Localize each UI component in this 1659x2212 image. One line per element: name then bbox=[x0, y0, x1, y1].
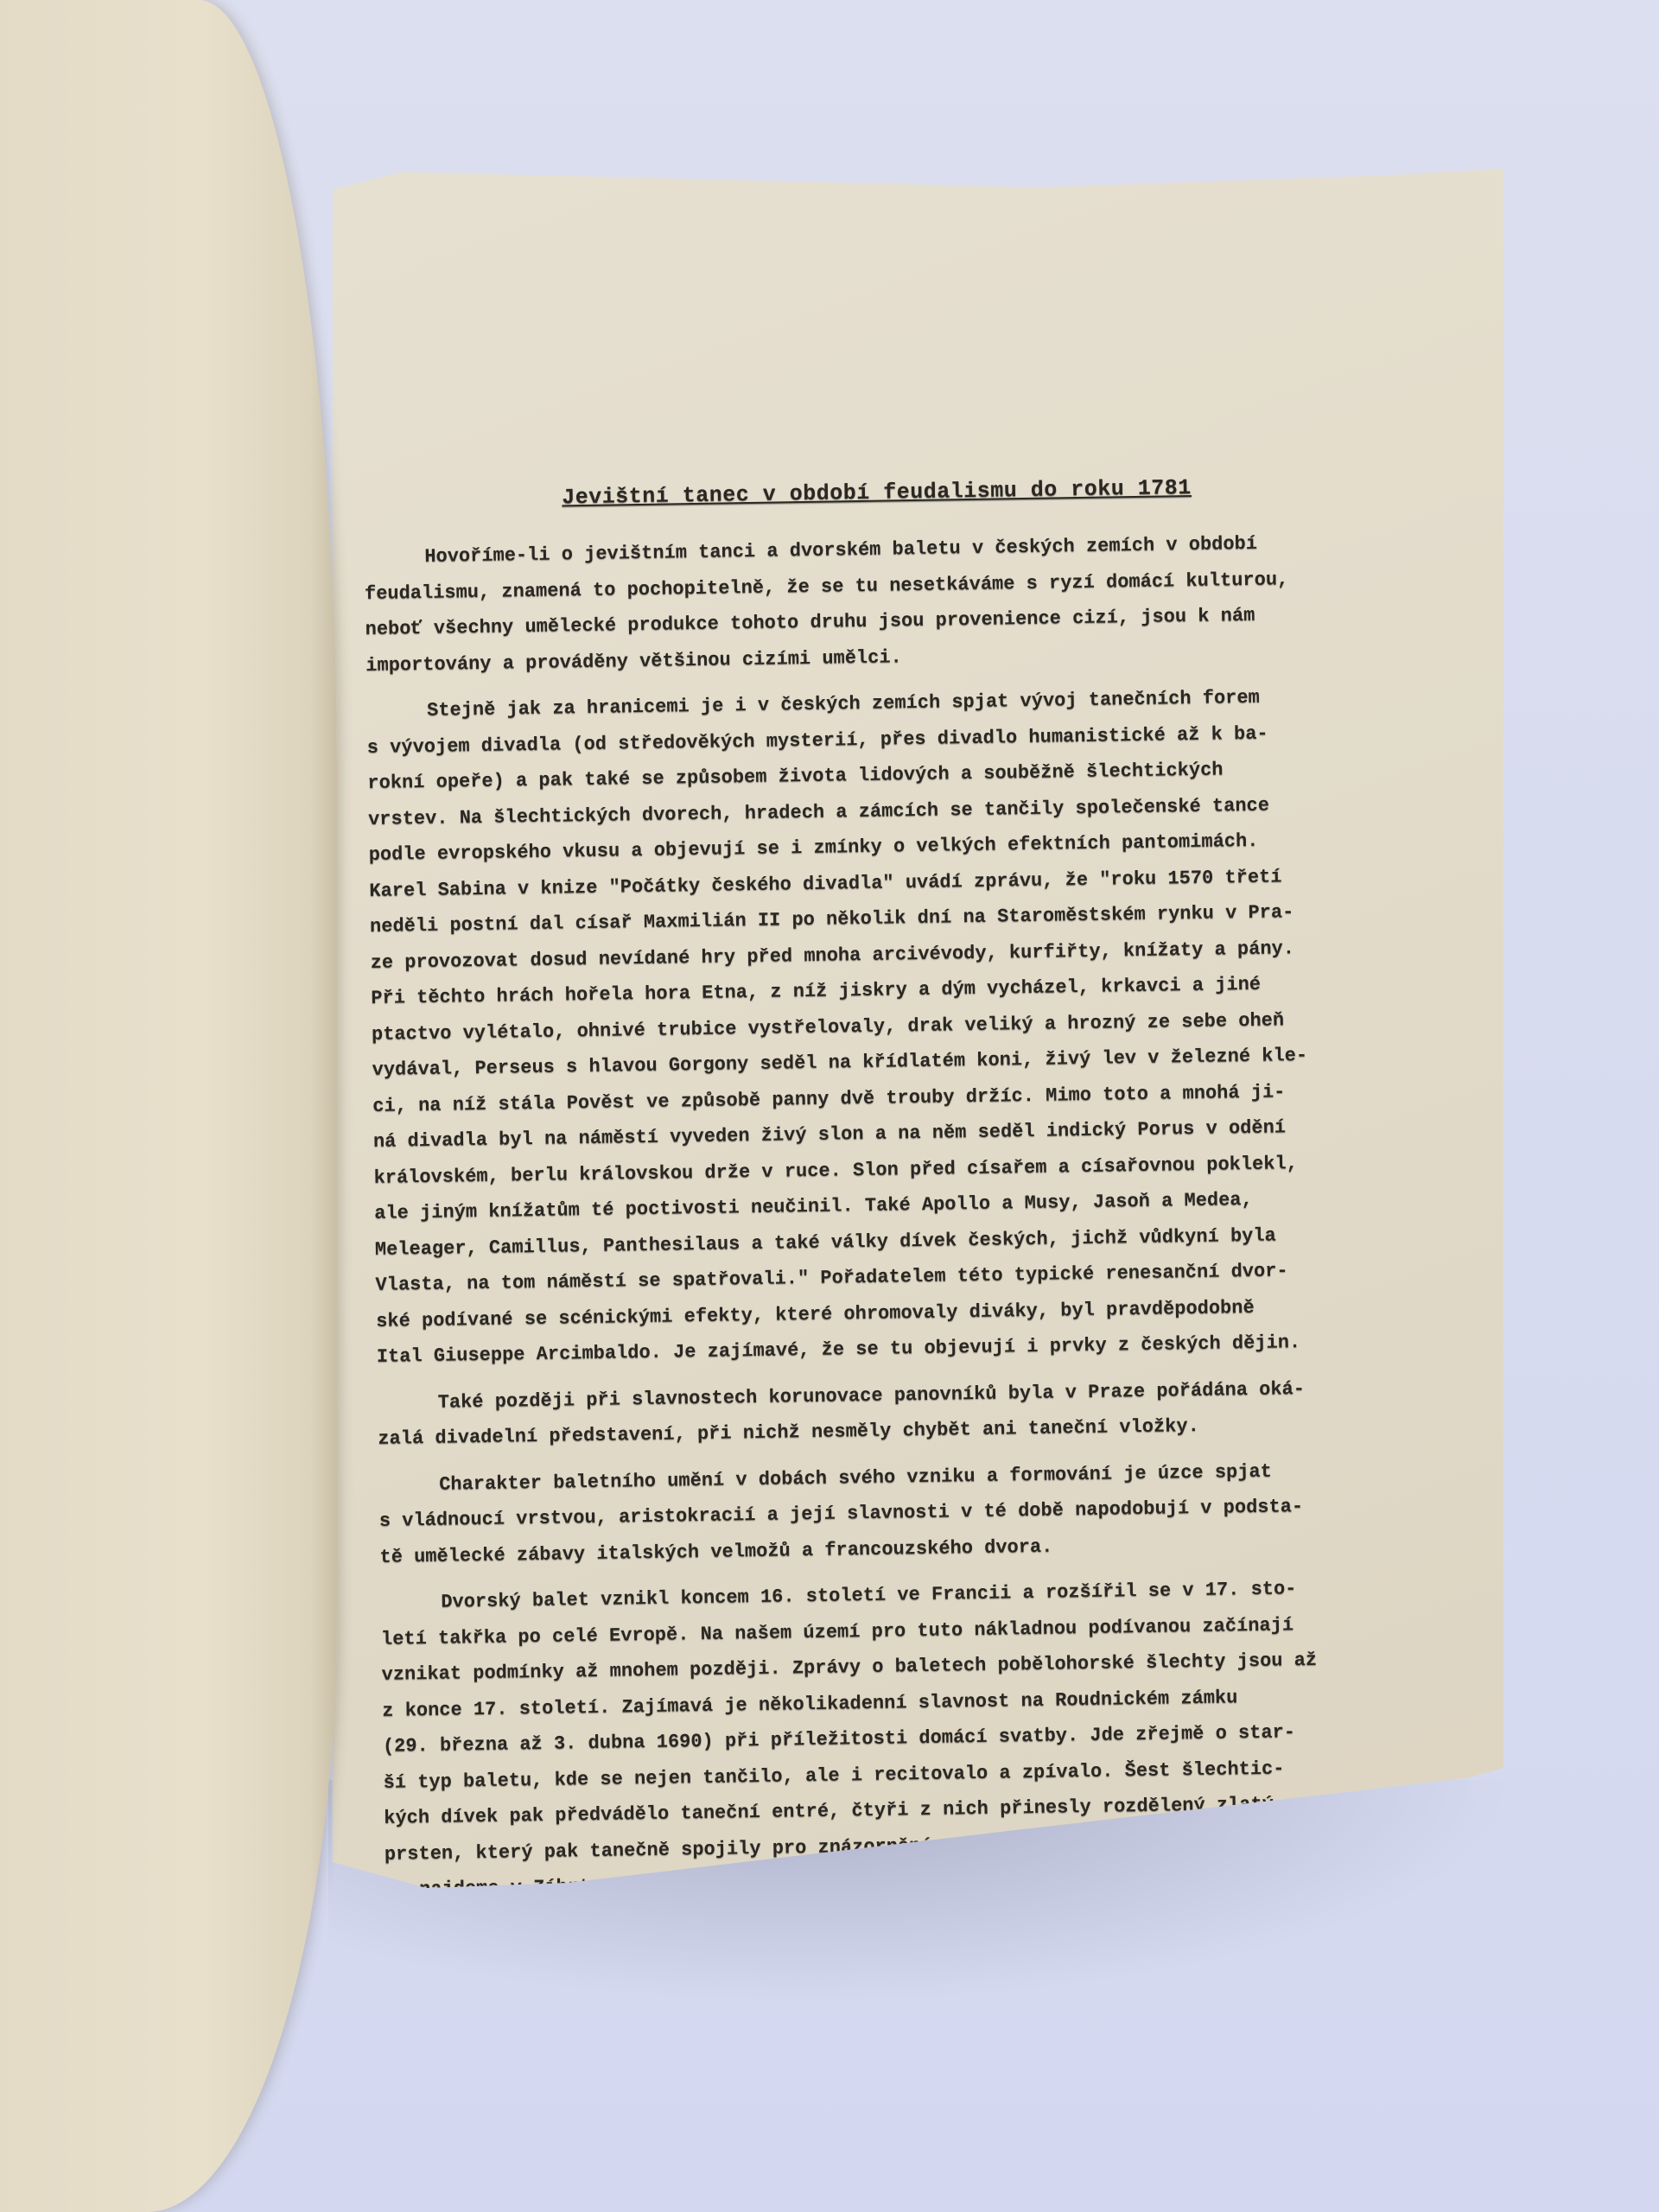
paragraph: Hovoříme-li o jevištním tanci a dvorském… bbox=[364, 524, 1376, 683]
text-line: jímž byl po jistý čas zámecký lesník. Je… bbox=[388, 2046, 1400, 2098]
paragraph: Také později při slavnostech korunovace … bbox=[377, 1370, 1389, 1457]
page-title: Jevištní tanec v období feudalismu do ro… bbox=[562, 475, 1192, 510]
document-page: Jevištní tanec v období feudalismu do ro… bbox=[333, 168, 1503, 1888]
paragraph: Charakter baletního umění v dobách svého… bbox=[378, 1452, 1391, 1575]
typewritten-content: Jevištní tanec v období feudalismu do ro… bbox=[319, 159, 1516, 1897]
paragraph: Stejně jak za hranicemi je i v českých z… bbox=[366, 678, 1388, 1376]
text-line: daný lid. Na jaroměřickém zámku tančili … bbox=[387, 2010, 1399, 2062]
left-page-edge bbox=[0, 0, 337, 2212]
